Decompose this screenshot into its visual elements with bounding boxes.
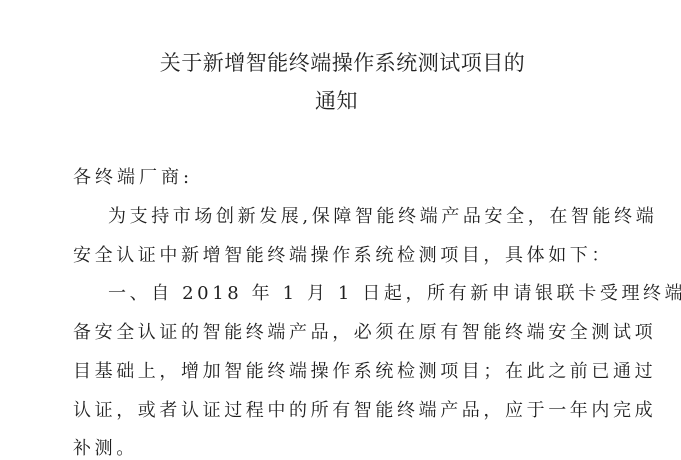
document-title-line-1: 关于新增智能终端操作系统测试项目的 [2,47,681,77]
paragraph-line: 补测。 [73,434,138,460]
paragraph-line: 目基础上，增加智能终端操作系统检测项目；在此之前已通过 [73,357,656,383]
greeting: 各终端厂商: [73,163,193,189]
paragraph-line: 认证，或者认证过程中的所有智能终端产品，应于一年内完成 [73,396,656,422]
paragraph-line: 为支持市场创新发展,保障智能终端产品安全，在智能终端 [108,202,657,228]
paragraph-line: 备安全认证的智能终端产品，必须在原有智能终端安全测试项 [73,318,656,344]
document-title-line-2: 通知 [0,85,677,115]
paragraph-line: 安全认证中新增智能终端操作系统检测项目，具体如下： [73,241,613,267]
paragraph-line: 一、自 2018 年 1 月 1 日起，所有新申请银联卡受理终端设 [108,279,681,305]
